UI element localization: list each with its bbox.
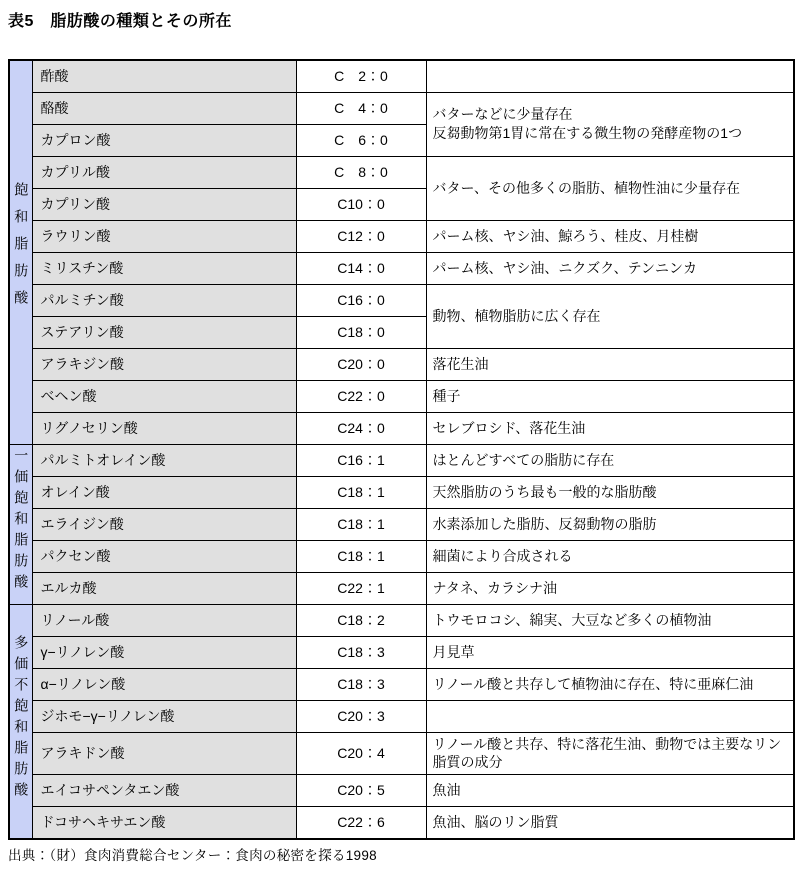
fatty-acid-name-cell: α−リノレン酸 [32, 668, 296, 700]
category-cell: 一価飽和脂肪酸 [9, 444, 32, 604]
table-row: 一価飽和脂肪酸パルミトオレイン酸C16：1はとんどすべての脂肪に存在 [9, 444, 794, 476]
fatty-acid-name-cell: エライジン酸 [32, 508, 296, 540]
table-row: ミリスチン酸C14：0パーム核、ヤシ油、ニクズク、テンニンカ [9, 252, 794, 284]
category-cell: 飽和脂肪酸 [9, 60, 32, 444]
carbon-notation-cell: C18：1 [296, 540, 426, 572]
fatty-acid-name-cell: 酢酸 [32, 60, 296, 92]
fatty-acid-name-cell: γ−リノレン酸 [32, 636, 296, 668]
carbon-notation-cell: C10：0 [296, 188, 426, 220]
fatty-acid-name-cell: エイコサペンタエン酸 [32, 775, 296, 807]
location-cell [426, 60, 794, 92]
table-row: ジホモ−γ−リノレン酸C20：3 [9, 700, 794, 732]
fatty-acid-name-cell: オレイン酸 [32, 476, 296, 508]
category-label: 一価飽和脂肪酸 [11, 448, 30, 595]
category-cell: 多価不飽和脂肪酸 [9, 604, 32, 839]
fatty-acid-name-cell: カプリン酸 [32, 188, 296, 220]
table-row: エライジン酸C18：1水素添加した脂肪、反芻動物の脂肪 [9, 508, 794, 540]
location-cell: 動物、植物脂肪に広く存在 [426, 284, 794, 348]
carbon-notation-cell: C20：4 [296, 732, 426, 775]
fatty-acid-table: 飽和脂肪酸酢酸C 2：0酪酸C 4：0バターなどに少量存在 反芻動物第1胃に常在… [8, 59, 795, 840]
carbon-notation-cell: C18：1 [296, 508, 426, 540]
table-row: アラキジン酸C20：0落花生油 [9, 348, 794, 380]
fatty-acid-name-cell: パルミチン酸 [32, 284, 296, 316]
fatty-acid-name-cell: エルカ酸 [32, 572, 296, 604]
table-row: ベヘン酸C22：0種子 [9, 380, 794, 412]
location-cell: 細菌により合成される [426, 540, 794, 572]
fatty-acid-name-cell: カプロン酸 [32, 124, 296, 156]
location-cell: セレブロシド、落花生油 [426, 412, 794, 444]
carbon-notation-cell: C16：0 [296, 284, 426, 316]
table-row: 多価不飽和脂肪酸リノール酸C18：2トウモロコシ、綿実、大豆など多くの植物油 [9, 604, 794, 636]
location-cell: 魚油、脳のリン脂質 [426, 807, 794, 839]
carbon-notation-cell: C 6：0 [296, 124, 426, 156]
table-row: リグノセリン酸C24：0セレブロシド、落花生油 [9, 412, 794, 444]
table-row: カプリル酸C 8：0バター、その他多くの脂肪、植物性油に少量存在 [9, 156, 794, 188]
fatty-acid-name-cell: ドコサヘキサエン酸 [32, 807, 296, 839]
fatty-acid-name-cell: 酪酸 [32, 92, 296, 124]
fatty-acid-name-cell: ステアリン酸 [32, 316, 296, 348]
table-row: エイコサペンタエン酸C20：5魚油 [9, 775, 794, 807]
carbon-notation-cell: C16：1 [296, 444, 426, 476]
category-label: 多価不飽和脂肪酸 [11, 635, 30, 803]
table-row: エルカ酸C22：1ナタネ、カラシナ油 [9, 572, 794, 604]
category-label: 飽和脂肪酸 [11, 182, 30, 317]
fatty-acid-table-body: 飽和脂肪酸酢酸C 2：0酪酸C 4：0バターなどに少量存在 反芻動物第1胃に常在… [9, 60, 794, 839]
page: 表5 脂肪酸の種類とその所在 飽和脂肪酸酢酸C 2：0酪酸C 4：0バターなどに… [0, 0, 800, 879]
table-row: パクセン酸C18：1細菌により合成される [9, 540, 794, 572]
source-note: 出典：（財）食肉消費総合センター：食肉の秘密を探る1998 [8, 844, 793, 864]
carbon-notation-cell: C14：0 [296, 252, 426, 284]
location-cell: 月見草 [426, 636, 794, 668]
table-row: γ−リノレン酸C18：3月見草 [9, 636, 794, 668]
fatty-acid-name-cell: カプリル酸 [32, 156, 296, 188]
location-cell [426, 700, 794, 732]
fatty-acid-name-cell: アラキジン酸 [32, 348, 296, 380]
location-cell: バター、その他多くの脂肪、植物性油に少量存在 [426, 156, 794, 220]
carbon-notation-cell: C24：0 [296, 412, 426, 444]
location-cell: リノール酸と共存、特に落花生油、動物では主要なリン脂質の成分 [426, 732, 794, 775]
carbon-notation-cell: C22：0 [296, 380, 426, 412]
carbon-notation-cell: C 4：0 [296, 92, 426, 124]
table-row: オレイン酸C18：1天然脂肪のうち最も一般的な脂肪酸 [9, 476, 794, 508]
carbon-notation-cell: C18：0 [296, 316, 426, 348]
carbon-notation-cell: C20：5 [296, 775, 426, 807]
fatty-acid-name-cell: アラキドン酸 [32, 732, 296, 775]
location-cell: バターなどに少量存在 反芻動物第1胃に常在する微生物の発酵産物の1つ [426, 92, 794, 156]
fatty-acid-name-cell: ラウリン酸 [32, 220, 296, 252]
fatty-acid-name-cell: リノール酸 [32, 604, 296, 636]
location-cell: ナタネ、カラシナ油 [426, 572, 794, 604]
location-cell: はとんどすべての脂肪に存在 [426, 444, 794, 476]
carbon-notation-cell: C 2：0 [296, 60, 426, 92]
table-row: アラキドン酸C20：4リノール酸と共存、特に落花生油、動物では主要なリン脂質の成… [9, 732, 794, 775]
location-cell: 水素添加した脂肪、反芻動物の脂肪 [426, 508, 794, 540]
location-cell: 魚油 [426, 775, 794, 807]
carbon-notation-cell: C20：3 [296, 700, 426, 732]
table-row: 飽和脂肪酸酢酸C 2：0 [9, 60, 794, 92]
carbon-notation-cell: C22：1 [296, 572, 426, 604]
carbon-notation-cell: C18：2 [296, 604, 426, 636]
table-row: 酪酸C 4：0バターなどに少量存在 反芻動物第1胃に常在する微生物の発酵産物の1… [9, 92, 794, 124]
fatty-acid-name-cell: ミリスチン酸 [32, 252, 296, 284]
fatty-acid-name-cell: ジホモ−γ−リノレン酸 [32, 700, 296, 732]
location-cell: パーム核、ヤシ油、鯨ろう、桂皮、月桂樹 [426, 220, 794, 252]
fatty-acid-name-cell: リグノセリン酸 [32, 412, 296, 444]
carbon-notation-cell: C18：3 [296, 668, 426, 700]
fatty-acid-name-cell: パルミトオレイン酸 [32, 444, 296, 476]
carbon-notation-cell: C18：1 [296, 476, 426, 508]
carbon-notation-cell: C 8：0 [296, 156, 426, 188]
location-cell: トウモロコシ、綿実、大豆など多くの植物油 [426, 604, 794, 636]
table-row: ラウリン酸C12：0パーム核、ヤシ油、鯨ろう、桂皮、月桂樹 [9, 220, 794, 252]
fatty-acid-name-cell: ベヘン酸 [32, 380, 296, 412]
location-cell: パーム核、ヤシ油、ニクズク、テンニンカ [426, 252, 794, 284]
location-cell: リノール酸と共存して植物油に存在、特に亜麻仁油 [426, 668, 794, 700]
table-row: ドコサヘキサエン酸C22：6魚油、脳のリン脂質 [9, 807, 794, 839]
location-cell: 天然脂肪のうち最も一般的な脂肪酸 [426, 476, 794, 508]
fatty-acid-name-cell: パクセン酸 [32, 540, 296, 572]
page-title: 表5 脂肪酸の種類とその所在 [8, 8, 793, 31]
carbon-notation-cell: C20：0 [296, 348, 426, 380]
table-row: パルミチン酸C16：0動物、植物脂肪に広く存在 [9, 284, 794, 316]
carbon-notation-cell: C22：6 [296, 807, 426, 839]
carbon-notation-cell: C18：3 [296, 636, 426, 668]
table-row: α−リノレン酸C18：3リノール酸と共存して植物油に存在、特に亜麻仁油 [9, 668, 794, 700]
location-cell: 落花生油 [426, 348, 794, 380]
carbon-notation-cell: C12：0 [296, 220, 426, 252]
location-cell: 種子 [426, 380, 794, 412]
